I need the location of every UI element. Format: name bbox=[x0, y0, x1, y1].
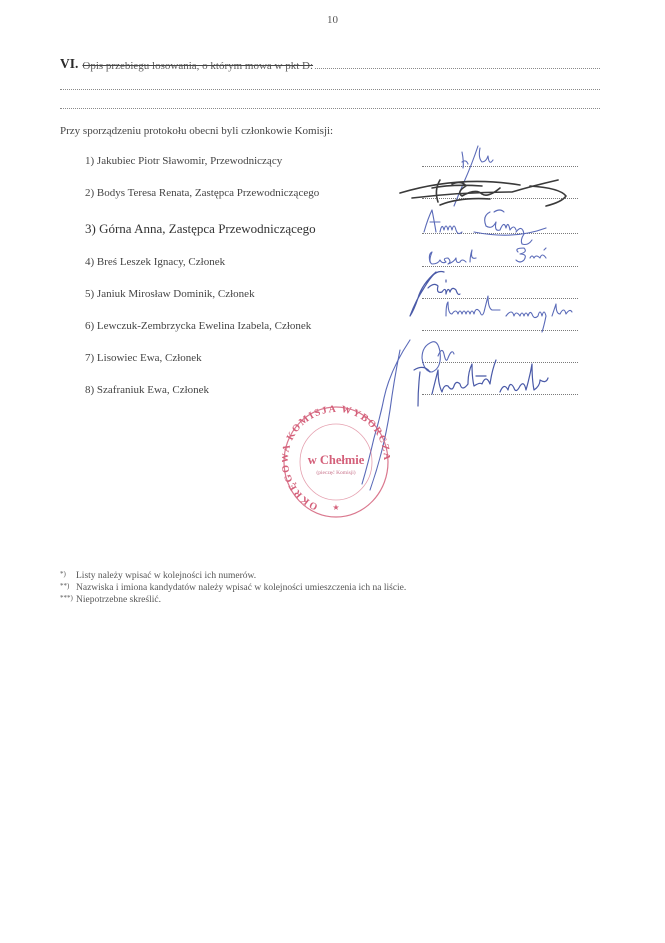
signature-2 bbox=[400, 180, 566, 206]
footnote-text: Nazwiska i imiona kandydatów należy wpis… bbox=[76, 582, 406, 594]
signature-line bbox=[422, 198, 578, 199]
signature-6 bbox=[446, 296, 572, 332]
dotted-fill-line bbox=[60, 108, 600, 109]
member-row: 3) Górna Anna, Zastępca Przewodniczącego bbox=[85, 221, 316, 237]
stamp-caption: (pieczęć Komisji) bbox=[316, 469, 355, 476]
signature-line bbox=[422, 330, 578, 331]
footnote-item: *) Listy należy wpisać w kolejności ich … bbox=[60, 570, 406, 582]
section-vi-heading: VI. Opis przebiegu losowania, o którym m… bbox=[60, 56, 600, 72]
signature-8 bbox=[414, 360, 548, 406]
footnote-marker: **) bbox=[60, 582, 76, 594]
signature-line bbox=[422, 362, 578, 363]
commission-stamp: OKRĘGOWA KOMISJA WYBORCZA w Chełmie (pie… bbox=[282, 404, 390, 522]
signature-line bbox=[422, 166, 578, 167]
footnote-item: **) Nazwiska i imiona kandydatów należy … bbox=[60, 582, 406, 594]
footnotes: *) Listy należy wpisać w kolejności ich … bbox=[60, 570, 406, 606]
dotted-fill-line bbox=[315, 68, 600, 69]
footnote-marker: *) bbox=[60, 570, 76, 582]
signature-line bbox=[422, 266, 578, 267]
stamp-star-icon: ★ bbox=[332, 503, 339, 512]
section-title-struck: Opis przebiegu losowania, o którym mowa … bbox=[82, 60, 313, 72]
stamp-center-text: w Chełmie bbox=[308, 453, 365, 467]
signature-1 bbox=[454, 146, 493, 206]
dotted-fill-line bbox=[60, 89, 600, 90]
signature-line bbox=[422, 394, 578, 395]
attendance-intro: Przy sporządzeniu protokołu obecni byli … bbox=[60, 125, 333, 137]
member-row: 8) Szafraniuk Ewa, Członek bbox=[85, 384, 209, 396]
member-row: 1) Jakubiec Piotr Sławomir, Przewodniczą… bbox=[85, 155, 282, 167]
member-row: 7) Lisowiec Ewa, Członek bbox=[85, 352, 202, 364]
member-row: 5) Janiuk Mirosław Dominik, Członek bbox=[85, 288, 255, 300]
signature-3 bbox=[424, 210, 546, 245]
signature-line bbox=[422, 298, 578, 299]
section-number: VI. bbox=[60, 56, 78, 72]
member-row: 6) Lewczuk-Zembrzycka Ewelina Izabela, C… bbox=[85, 320, 311, 332]
signature-line bbox=[422, 233, 578, 234]
footnote-item: ***) Niepotrzebne skreślić. bbox=[60, 594, 406, 606]
footnote-marker: ***) bbox=[60, 594, 76, 606]
signature-5 bbox=[410, 272, 460, 317]
member-row: 2) Bodys Teresa Renata, Zastępca Przewod… bbox=[85, 187, 319, 199]
signature-4 bbox=[429, 248, 546, 264]
footnote-text: Niepotrzebne skreślić. bbox=[76, 594, 161, 606]
footnote-text: Listy należy wpisać w kolejności ich num… bbox=[76, 570, 256, 582]
page-number: 10 bbox=[0, 14, 665, 26]
member-row: 4) Breś Leszek Ignacy, Członek bbox=[85, 256, 225, 268]
